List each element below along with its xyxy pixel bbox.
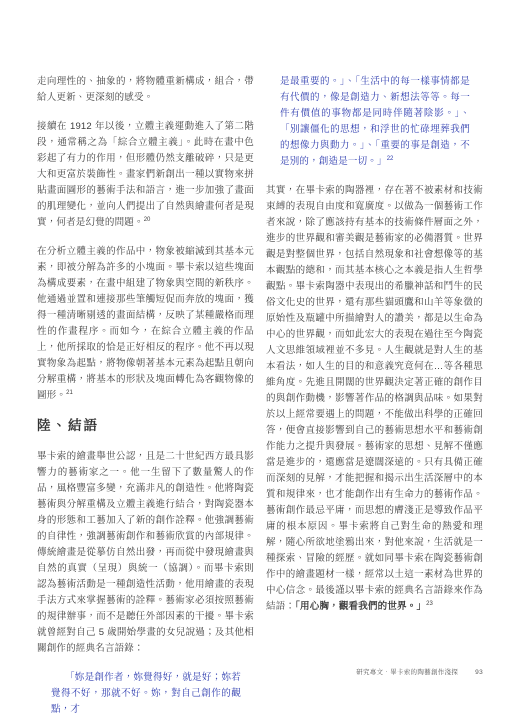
footnote-ref-21: 21 [66,390,73,396]
footnote-ref-20: 20 [144,217,151,223]
quote-text: 是最重要的。」、「生活中的每一樣事情都是有代價的，像是創造力、新想法等等。每一件… [280,76,470,167]
paragraph-text: 其實，在畢卡索的陶器裡，存在著不被素材和技術束縛的表現自由度和寬廣度。以做為一個… [266,185,483,612]
paragraph: 畢卡索的繪畫舉世公認，且是二十世紀西方最具影響力的藝術家之一。他一生留下了數量驚… [37,449,254,657]
section-heading: 陸、結語 [37,417,254,435]
quote-block: 「妳是創作者，妳覺得好，就是好；妳若覺得不好，那就不好。妳，對自己創作的觀點，才 [37,670,254,718]
footer-page-number: 93 [475,669,483,676]
quote-block: 是最重要的。」、「生活中的每一樣事情都是有代價的，像是創造力、新想法等等。每一件… [266,74,483,170]
paragraph-text: 在分析立體主義的作品中，物象被縮減到其基本元素，即被分解為許多的小塊面。畢卡索以… [37,246,254,401]
paragraph-text: 接續在 1912 年以後，立體主義運動進入了第二階段，通常稱之為「綜合立體主義」… [37,121,254,228]
footer-running-title: 研究專文．畢卡索的陶藝創作淺探 [356,667,458,676]
document-page: 走向理性的、抽象的，將物體重新構成，組合，帶給人更新、更深刻的感受。 接續在 1… [0,0,512,724]
page-body: 走向理性的、抽象的，將物體重新構成，組合，帶給人更新、更深刻的感受。 接續在 1… [37,74,483,718]
paragraph: 在分析立體主義的作品中，物象被縮減到其基本元素，即被分解為許多的小塊面。畢卡索以… [37,244,254,404]
text-column-left: 走向理性的、抽象的，將物體重新構成，組合，帶給人更新、更深刻的感受。 接續在 1… [37,74,254,718]
page-footer: 研究專文．畢卡索的陶藝創作淺探 93 [356,667,483,676]
closing-quote: 「用心胸，觀看我們的世界。」 [295,601,426,612]
paragraph: 走向理性的、抽象的，將物體重新構成，組合，帶給人更新、更深刻的感受。 [37,74,254,106]
paragraph: 其實，在畢卡索的陶器裡，存在著不被素材和技術束縛的表現自由度和寬廣度。以做為一個… [266,183,483,615]
footnote-ref-23: 23 [426,601,433,607]
text-column-right: 是最重要的。」、「生活中的每一樣事情都是有代價的，像是創造力、新想法等等。每一件… [266,74,483,718]
footnote-ref-22: 22 [387,156,394,162]
paragraph: 接續在 1912 年以後，立體主義運動進入了第二階段，通常稱之為「綜合立體主義」… [37,119,254,231]
